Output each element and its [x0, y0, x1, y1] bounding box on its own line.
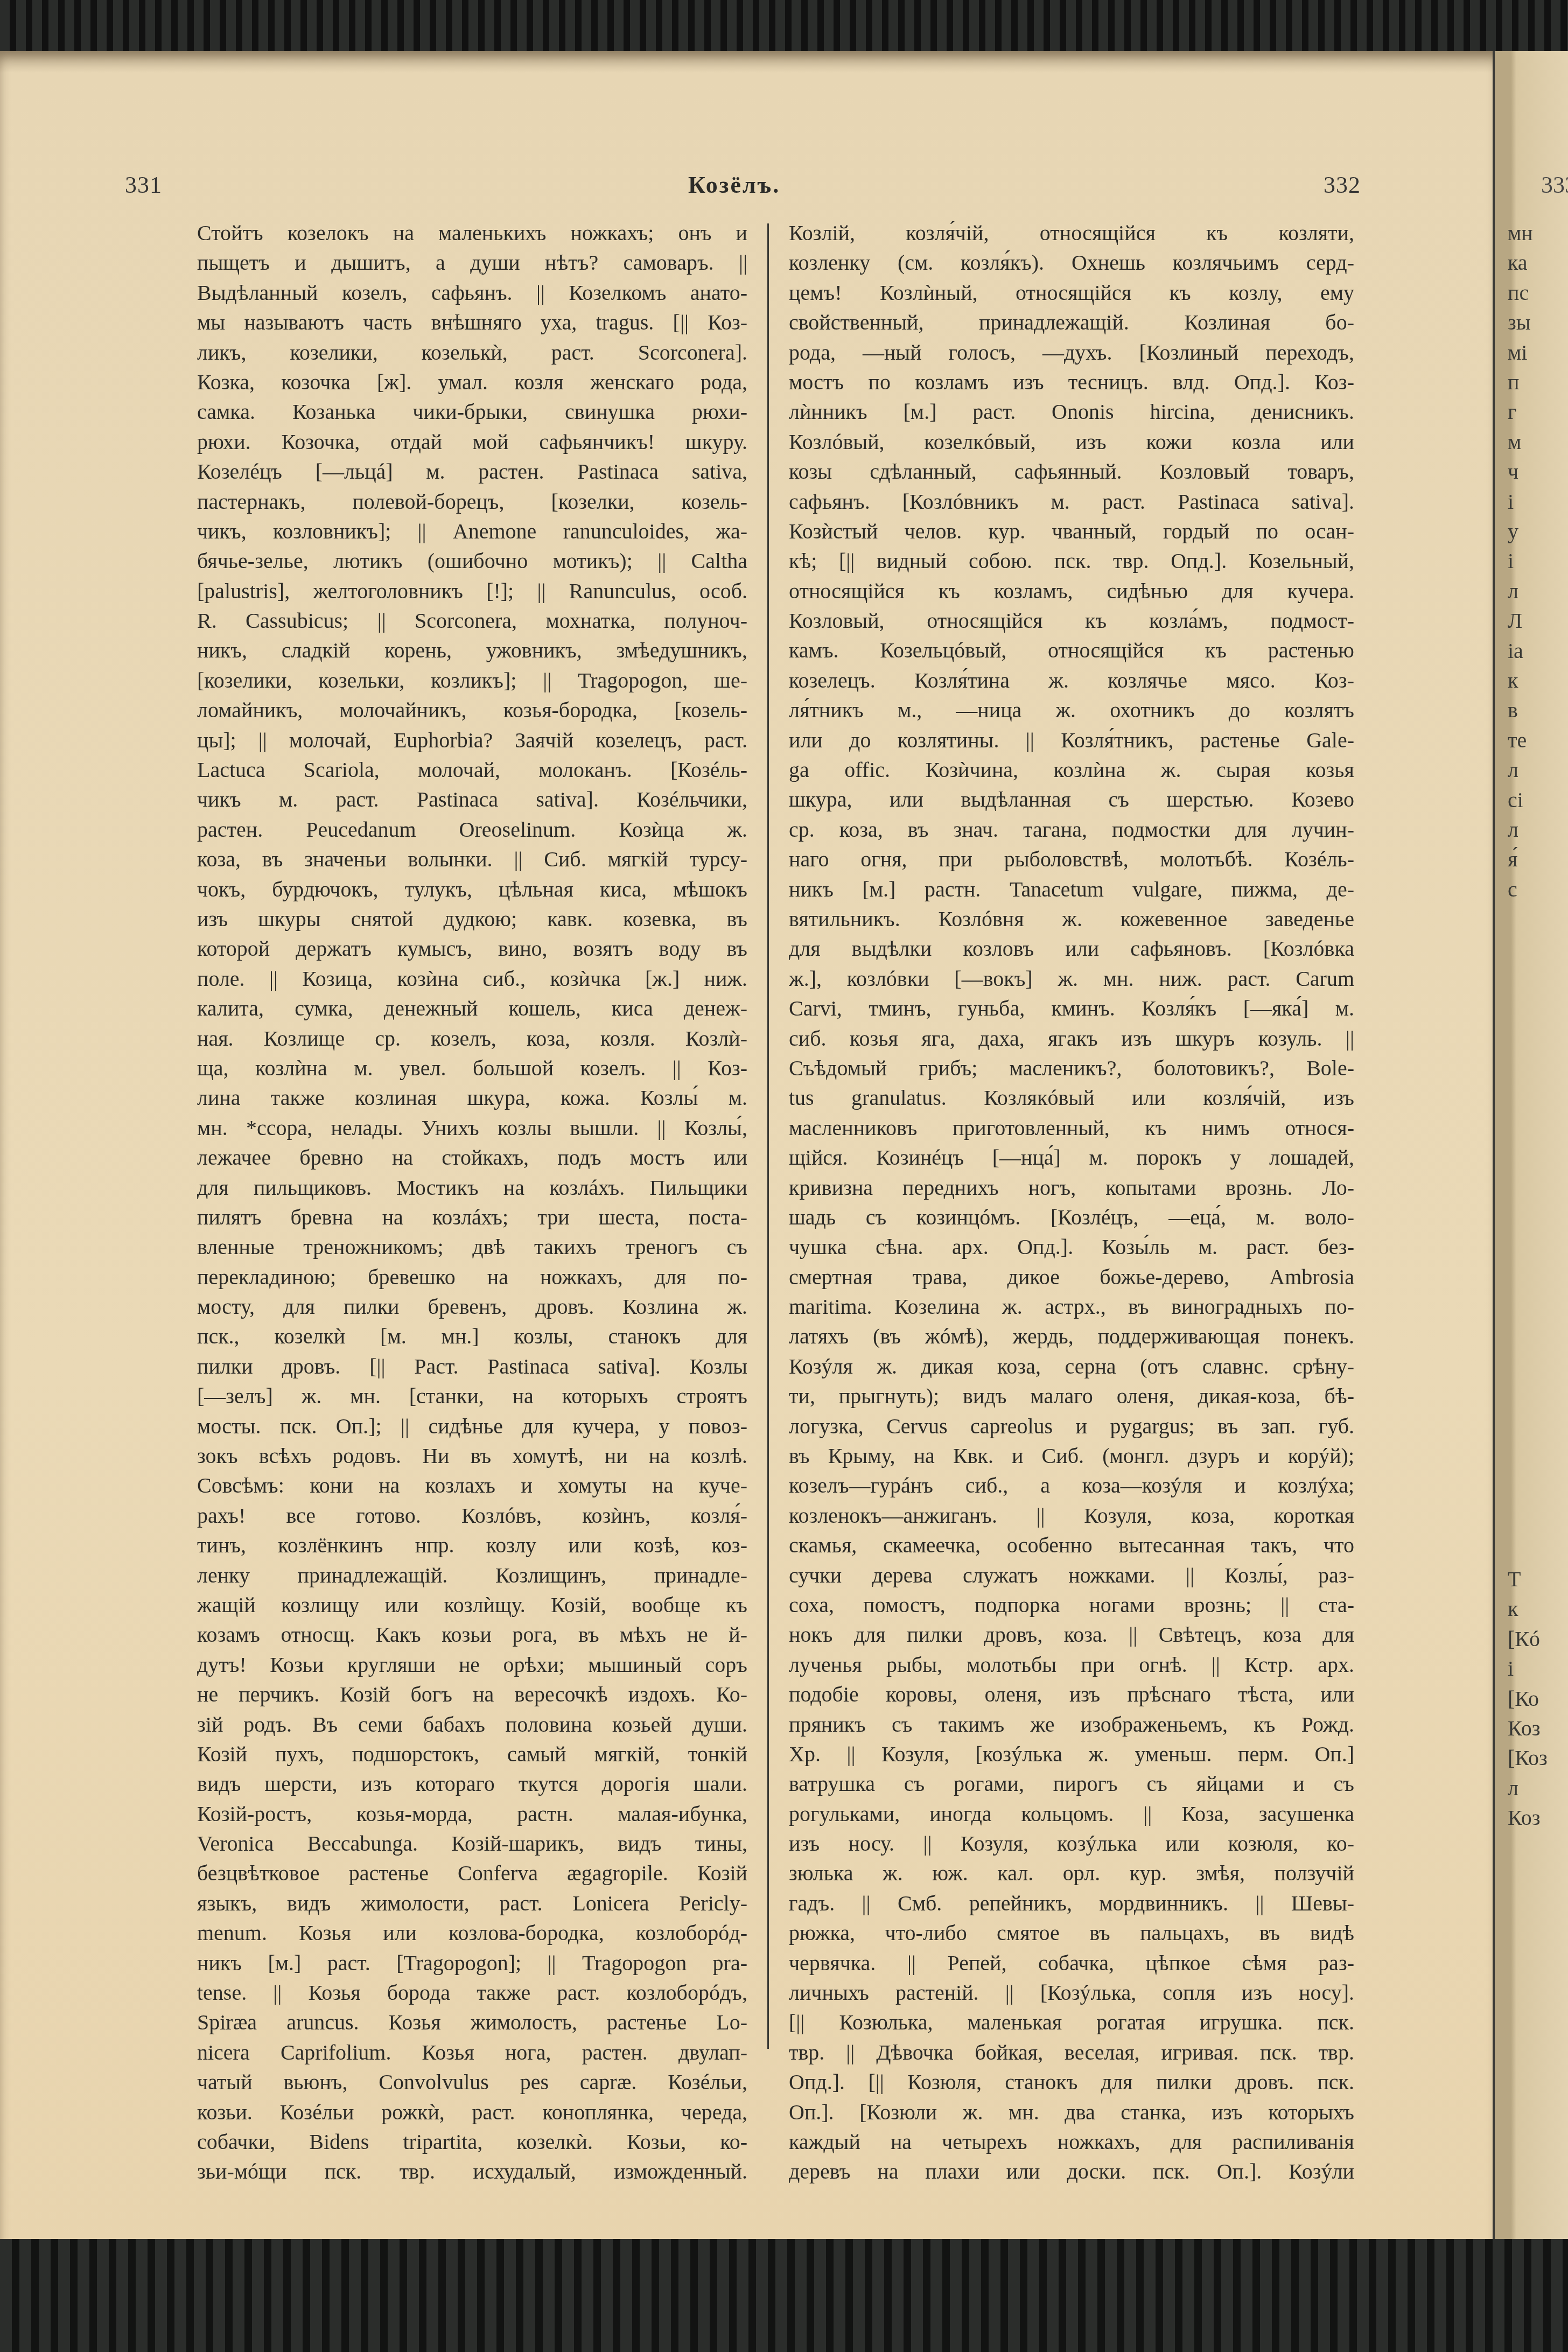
- text-line: пастернакъ, полевой-борецъ, [козелки, ко…: [197, 487, 747, 516]
- text-line: червячка. || Репей, собачка, цѣпкое сѣмя…: [789, 1948, 1354, 1978]
- text-line: не перчикъ. Козій богъ на вересочкѣ издо…: [197, 1679, 747, 1709]
- text-line: гадъ. || Смб. репейникъ, мордвинникъ. ||…: [789, 1888, 1354, 1918]
- text-line: Козловый, относящійся къ козла́мъ, подмо…: [789, 606, 1354, 635]
- text-line: ща, козлѝна м. увел. большой козелъ. || …: [197, 1053, 747, 1083]
- text-line: maritima. Козелина ж. астрх., въ виногра…: [789, 1292, 1354, 1321]
- text-line: жащій козлищу или козлѝщу. Козій, вообще…: [197, 1590, 747, 1620]
- text-line: безцвѣтковое растенье Conferva ægagropil…: [197, 1858, 747, 1888]
- text-line: Козлóвый, козелкóвый, изъ кожи козла или: [789, 427, 1354, 457]
- next-page-line-fragment: ка: [1508, 248, 1528, 277]
- text-line: лина также козлиная шкура, кожа. Козлы́ …: [197, 1083, 747, 1112]
- text-line: лѝнникъ [м.] раст. Ononis hircina, денис…: [789, 397, 1354, 426]
- text-line: Козѝстый челов. кур. чванный, гордый по …: [789, 516, 1354, 546]
- next-page-line-fragment: л: [1508, 755, 1518, 785]
- next-page-line-fragment: п: [1508, 367, 1519, 397]
- text-line: вятильникъ. Козлóвня ж. кожевенное завед…: [789, 904, 1354, 934]
- next-page-line-fragment: сі: [1508, 785, 1523, 815]
- text-line: собачки, Bidens tripartita, козелкѝ. Коз…: [197, 2127, 747, 2157]
- text-line: никъ, сладкій корень, ужовникъ, змѣедушн…: [197, 635, 747, 665]
- text-line: Хр. || Козуля, [козýлька ж. уменьш. перм…: [789, 1739, 1354, 1769]
- next-page-line-fragment: зы: [1508, 307, 1531, 337]
- text-line: рода, —ный голосъ, —духъ. [Козлиный пере…: [789, 338, 1354, 367]
- text-line: козелъ—гурáнъ сиб., а коза—козýля и козл…: [789, 1471, 1354, 1500]
- text-line: масленниковъ приготовленный, къ нимъ отн…: [789, 1113, 1354, 1143]
- text-line: растен. Peucedanum Oreoselinum. Козѝца ж…: [197, 815, 747, 844]
- text-line: козы сдѣланный, сафьянный. Козловый това…: [789, 457, 1354, 486]
- text-line: чикъ м. раст. Pastinaca sativa]. Козéльч…: [197, 785, 747, 814]
- text-line: шадь съ козинцóмъ. [Козлéцъ, —еца́, м. в…: [789, 1202, 1354, 1232]
- text-line: дутъ! Козьи кругляши не орѣхи; мышиный с…: [197, 1650, 747, 1679]
- text-line: ная. Козлище ср. козелъ, коза, козля. Ко…: [197, 1024, 747, 1053]
- next-page-line-fragment: Коз: [1508, 1713, 1541, 1743]
- next-page-line-fragment: пс: [1508, 278, 1529, 307]
- text-line: нокъ для пилки дровъ, коза. || Свѣтецъ, …: [789, 1620, 1354, 1649]
- text-line: сиб. козья яга, даха, ягакъ изъ шкуръ ко…: [789, 1024, 1354, 1053]
- text-line: зьи-мóщи пск. твр. исхудалый, изможденны…: [197, 2157, 747, 2186]
- text-line: мосту, для пилки бревенъ, дровъ. Козлина…: [197, 1292, 747, 1321]
- text-line: камъ. Козельцóвый, относящійся къ растен…: [789, 635, 1354, 665]
- text-line: [—зелъ] ж. мн. [станки, на которыхъ стро…: [197, 1381, 747, 1411]
- next-page-line-fragment: я́: [1508, 844, 1517, 874]
- scanner-bed-bottom: [0, 2239, 1568, 2352]
- text-line: menum. Козья или козлова-бородка, козлоб…: [197, 1918, 747, 1948]
- text-line: подобіе коровы, оленя, изъ прѣснаго тѣст…: [789, 1679, 1354, 1709]
- text-line: зокъ всѣхъ родовъ. Ни въ хомутѣ, ни на к…: [197, 1441, 747, 1471]
- text-line: мн. *ссора, нелады. Унихъ козлы вышли. |…: [197, 1113, 747, 1143]
- text-line: изъ носу. || Козуля, козýлька или козюля…: [789, 1829, 1354, 1858]
- next-page-line-fragment: і: [1508, 1654, 1514, 1683]
- text-line: никъ [м.] раст. [Tragopogon]; || Tragopo…: [197, 1948, 747, 1978]
- text-line: мы называютъ часть внѣшняго уха, tragus.…: [197, 307, 747, 337]
- text-line: рюжка, что-либо смятое въ пальцахъ, въ в…: [789, 1918, 1354, 1948]
- text-line: калита, сумка, денежный кошель, киса ден…: [197, 993, 747, 1023]
- text-line: Veronica Beccabunga. Козій-шарикъ, видъ …: [197, 1829, 747, 1858]
- text-line: Козýля ж. дикая коза, серна (отъ славнс.…: [789, 1352, 1354, 1381]
- text-line: относящійся къ козламъ, сидѣнью для куче…: [789, 576, 1354, 606]
- next-page-edge: [1493, 51, 1568, 2248]
- text-line: цы]; || молочай, Euphorbia? Заячій козел…: [197, 725, 747, 755]
- left-column: Стойтъ козелокъ на маленькихъ ножкахъ; о…: [197, 218, 747, 2187]
- text-line: Козій-ростъ, козья-морда, растн. малая-и…: [197, 1799, 747, 1829]
- text-line: Spiræa aruncus. Козья жимолость, растень…: [197, 2007, 747, 2037]
- next-page-line-fragment: с: [1508, 874, 1517, 904]
- column-divider: [767, 223, 769, 2049]
- text-line: цемъ! Козлѝный, относящійся къ козлу, ем…: [789, 278, 1354, 307]
- page-number-right: 332: [1324, 171, 1361, 199]
- page-number-left: 331: [125, 171, 162, 199]
- text-line: каждый на четырехъ ножкахъ, для распилив…: [789, 2127, 1354, 2157]
- next-page-line-fragment: к: [1508, 666, 1518, 695]
- text-line: тинъ, козлёнкинъ нпр. козлу или козѣ, ко…: [197, 1530, 747, 1560]
- text-line: скамья, скамеечка, особенно вытесанная т…: [789, 1530, 1354, 1560]
- text-line: лученья рыбы, молотьбы при огнѣ. || Кстр…: [789, 1650, 1354, 1679]
- text-line: поле. || Козица, козѝна сиб., козѝчка [ж…: [197, 964, 747, 993]
- next-page-line-fragment: Л: [1508, 606, 1522, 635]
- text-line: зій родъ. Въ семи бабахъ половина козьей…: [197, 1710, 747, 1739]
- next-page-line-fragment: л: [1508, 815, 1518, 844]
- next-page-line-fragment: к: [1508, 1594, 1518, 1623]
- text-line: наго огня, при рыболовствѣ, молотьбѣ. Ко…: [789, 844, 1354, 874]
- text-line: Козелéцъ [—льцá] м. растен. Pastinaca sa…: [197, 457, 747, 486]
- text-line: пилятъ бревна на козлáхъ; три шеста, пос…: [197, 1202, 747, 1232]
- text-line: рогульками, иногда кольцомъ. || Коза, за…: [789, 1799, 1354, 1829]
- text-line: языкъ, видъ жимолости, раст. Lonicera Pe…: [197, 1888, 747, 1918]
- text-line: Опд.]. [|| Козюля, станокъ для пилки дро…: [789, 2067, 1354, 2097]
- text-line: чокъ, бурдючокъ, тулукъ, цѣльная киса, м…: [197, 874, 747, 904]
- text-line: въ Крыму, на Квк. и Сиб. (монгл. дзуръ и…: [789, 1441, 1354, 1471]
- next-page-line-fragment: мі: [1508, 338, 1527, 367]
- text-line: для выдѣлки козловъ или сафьяновъ. [Козл…: [789, 934, 1354, 963]
- text-line: ленку принадлежащій. Козлищинъ, принадле…: [197, 1560, 747, 1590]
- running-head: Козёлъ.: [688, 171, 780, 199]
- text-line: сучки дерева служатъ ножками. || Козлы́,…: [789, 1560, 1354, 1590]
- next-page-line-fragment: [Коз: [1508, 1743, 1548, 1773]
- text-line: чушка сѣна. арх. Опд.]. Козы́ль м. раст.…: [789, 1232, 1354, 1262]
- text-line: перекладиною; бревешко на ножкахъ, для п…: [197, 1262, 747, 1292]
- text-line: R. Cassubicus; || Scorconera, мохнатка, …: [197, 606, 747, 635]
- text-line: козленку (см. козля́къ). Охнешь козлячьи…: [789, 248, 1354, 277]
- text-line: ликъ, козелики, козелькѝ, раст. Scorcone…: [197, 338, 747, 367]
- text-line: козьи. Козéльи рожкѝ, раст. коноплянка, …: [197, 2097, 747, 2127]
- next-page-line-fragment: Коз: [1508, 1803, 1541, 1832]
- next-page-line-fragment: л: [1508, 576, 1518, 606]
- next-page-line-fragment: г: [1508, 397, 1516, 426]
- text-line: nicera Caprifolium. Козья нога, растен. …: [197, 2038, 747, 2067]
- text-line: лежачее бревно на стойкахъ, подъ мостъ и…: [197, 1143, 747, 1172]
- text-line: коза, въ значеньи волынки. || Сиб. мягкі…: [197, 844, 747, 874]
- text-line: ga offic. Козѝчина, козлѝна ж. сырая коз…: [789, 755, 1354, 785]
- text-line: сафьянъ. [Козлóвникъ м. раст. Pastinaca …: [789, 487, 1354, 516]
- text-line: tense. || Козья борода также раст. козло…: [197, 1978, 747, 2007]
- text-line: ватрушка съ рогами, пирогъ съ яйцами и с…: [789, 1769, 1354, 1798]
- text-line: соха, помостъ, подпорка ногами врознь; |…: [789, 1590, 1354, 1620]
- text-line: Выдѣланный козелъ, сафьянъ. || Козелкомъ…: [197, 278, 747, 307]
- next-page-line-fragment: л: [1508, 1773, 1518, 1803]
- text-line: свойственный, принадлежащій. Козлиная бо…: [789, 307, 1354, 337]
- next-page-line-fragment: у: [1508, 516, 1518, 546]
- text-line: кривизна переднихъ ногъ, копытами врознь…: [789, 1173, 1354, 1202]
- text-line: ломайникъ, молочайникъ, козья-бородка, […: [197, 695, 747, 725]
- text-line: деревъ на плахи или доски. пск. Оп.]. Ко…: [789, 2157, 1354, 2186]
- next-page-line-fragment: в: [1508, 695, 1518, 725]
- text-line: [козелики, козельки, козликъ]; || Tragop…: [197, 666, 747, 695]
- text-line: [palustris], желтоголовникъ [!]; || Ranu…: [197, 576, 747, 606]
- text-line: козленокъ—анжиганъ. || Козуля, коза, кор…: [789, 1501, 1354, 1530]
- next-page-line-fragment: і: [1508, 487, 1514, 516]
- text-line: самка. Козанька чики-брыки, свинушка рюх…: [197, 397, 747, 426]
- next-page-line-fragment: мн: [1508, 218, 1533, 248]
- text-line: Совсѣмъ: кони на козлахъ и хомуты на куч…: [197, 1471, 747, 1500]
- text-line: мосты. пск. Оп.]; || сидѣнье для кучера,…: [197, 1411, 747, 1441]
- text-line: для пильщиковъ. Мостикъ на козлáхъ. Пиль…: [197, 1173, 747, 1202]
- text-line: пилки дровъ. [|| Раст. Pastinaca sativa]…: [197, 1352, 747, 1381]
- text-line: шкура, или выдѣланная съ шерстью. Козево: [789, 785, 1354, 814]
- text-line: tus granulatus. Козлякóвый или козля́чій…: [789, 1083, 1354, 1112]
- text-line: вленные треножникомъ; двѣ такихъ треногъ…: [197, 1232, 747, 1262]
- text-line: ср. коза, въ знач. тагана, подмостки для…: [789, 815, 1354, 844]
- text-line: ж.], козлóвки [—вокъ] ж. мн. ниж. раст. …: [789, 964, 1354, 993]
- page-header: 331 Козёлъ. 332: [0, 171, 1497, 204]
- next-page-line-fragment: і: [1508, 546, 1514, 576]
- text-line: [|| Козюлька, маленькая рогатая игрушка.…: [789, 2007, 1354, 2037]
- text-line: или до козлятины. || Козля́тникъ, растен…: [789, 725, 1354, 755]
- next-page-line-fragment: м: [1508, 427, 1521, 457]
- text-line: никъ [м.] растн. Tanacetum vulgare, пижм…: [789, 874, 1354, 904]
- text-line: козелецъ. Козля́тина ж. козлячье мясо. К…: [789, 666, 1354, 695]
- text-line: логузка, Cervus capreolus и pygargus; въ…: [789, 1411, 1354, 1441]
- next-page-line-fragment: Т: [1508, 1564, 1521, 1594]
- next-page-number: 333: [1541, 171, 1568, 199]
- text-line: пряникъ съ такимъ же изображеньемъ, къ Р…: [789, 1710, 1354, 1739]
- text-line: Carvi, тминъ, гуньба, кминъ. Козля́къ [—…: [789, 993, 1354, 1023]
- text-line: твр. || Дѣвочка бойкая, веселая, игривая…: [789, 2038, 1354, 2067]
- right-column: Козлій, козля́чій, относящійся къ козлят…: [789, 218, 1354, 2187]
- text-line: Съѣдомый грибъ; масленикъ?, болотовикъ?,…: [789, 1053, 1354, 1083]
- text-line: Козлій, козля́чій, относящійся къ козлят…: [789, 218, 1354, 248]
- text-line: пск., козелкѝ [м. мн.] козлы, станокъ дл…: [197, 1321, 747, 1351]
- text-line: Lactuca Scariola, молочай, молоканъ. [Ко…: [197, 755, 747, 785]
- text-line: рахъ! все готово. Козлóвъ, козѝнъ, козля…: [197, 1501, 747, 1530]
- text-line: ти, прыгнуть); видъ малаго оленя, дикая-…: [789, 1381, 1354, 1411]
- next-page-line-fragment: ч: [1508, 457, 1518, 486]
- text-line: личныхъ растеній. || [Козýлька, сопля из…: [789, 1978, 1354, 2007]
- text-line: чикъ, козловникъ]; || Anemone ranunculoi…: [197, 516, 747, 546]
- text-line: козамъ относщ. Какъ козьи рога, въ мѣхъ …: [197, 1620, 747, 1649]
- text-line: бячье-зелье, лютикъ (ошибочно мотикъ); |…: [197, 546, 747, 576]
- scanner-bed-top: [0, 0, 1568, 59]
- text-line: рюхи. Козочка, отдай мой сафьянчикъ! шку…: [197, 427, 747, 457]
- text-line: Козій пухъ, подшорстокъ, самый мягкій, т…: [197, 1739, 747, 1769]
- text-line: латяхъ (въ жóмѣ), жердь, поддерживающая …: [789, 1321, 1354, 1351]
- text-line: пыщетъ и дышитъ, а души нѣтъ? самоваръ. …: [197, 248, 747, 277]
- next-page-line-fragment: [Кó: [1508, 1624, 1540, 1654]
- text-line: чатый вьюнъ, Convolvulus pes capræ. Козé…: [197, 2067, 747, 2097]
- next-page-line-fragment: іа: [1508, 636, 1523, 666]
- text-line: Оп.]. [Козюли ж. мн. два станка, изъ кот…: [789, 2097, 1354, 2127]
- text-line: изъ шкуры снятой дудкою; кавк. козевка, …: [197, 904, 747, 934]
- text-line: которой держатъ кумысъ, вино, возятъ вод…: [197, 934, 747, 963]
- text-line: ля́тникъ м., —ница ж. охотникъ до козлят…: [789, 695, 1354, 725]
- text-line: Стойтъ козелокъ на маленькихъ ножкахъ; о…: [197, 218, 747, 248]
- text-line: кѣ; [|| видный собою. пск. твр. Опд.]. К…: [789, 546, 1354, 576]
- text-line: смертная трава, дикое божье-дерево, Ambr…: [789, 1262, 1354, 1292]
- text-line: зюлька ж. юж. кал. орл. кур. змѣя, ползу…: [789, 1858, 1354, 1888]
- text-line: видъ шерсти, изъ котораго ткутся дорогія…: [197, 1769, 747, 1798]
- next-page-line-fragment: те: [1508, 725, 1527, 755]
- next-page-line-fragment: [Ко: [1508, 1684, 1539, 1713]
- text-line: мостъ по козламъ изъ тесницъ. влд. Опд.]…: [789, 367, 1354, 397]
- text-line: щійся. Козинéцъ [—нца́] м. порокъ у лоша…: [789, 1143, 1354, 1172]
- text-line: Козка, козочка [ж]. умал. козля женскаго…: [197, 367, 747, 397]
